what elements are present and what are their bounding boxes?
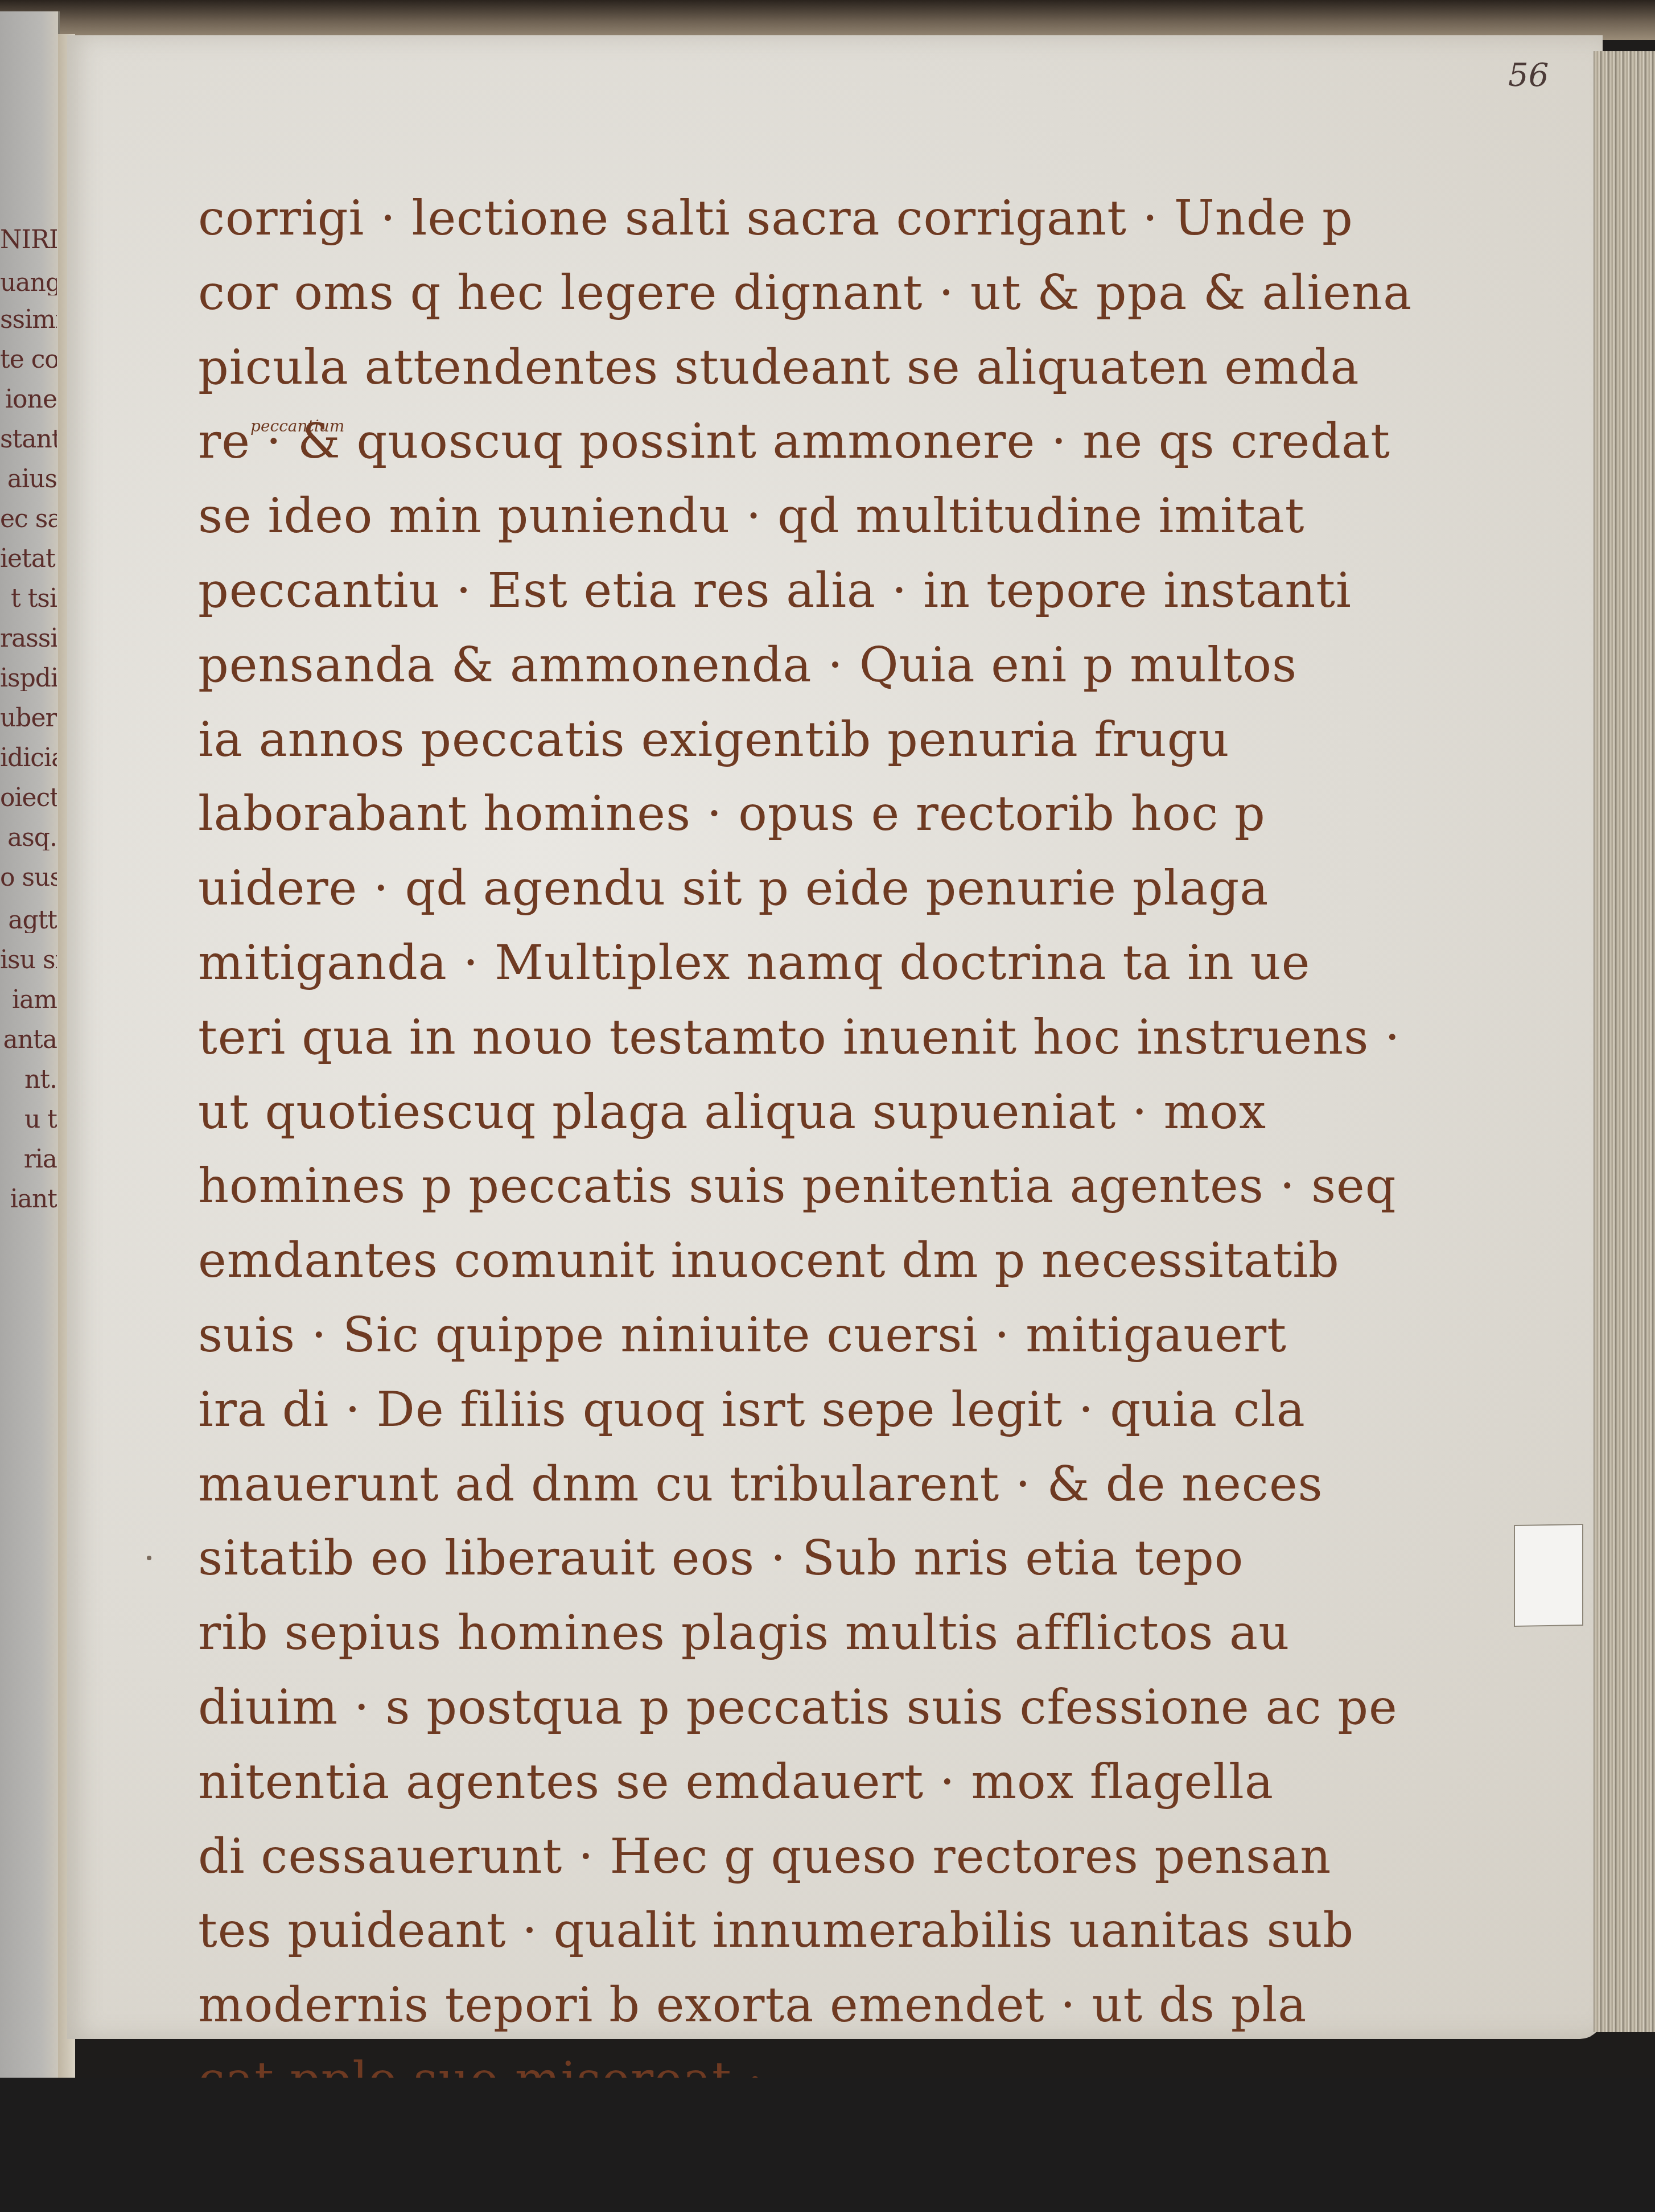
- text-line: homines p peccatis suis penitentia agent…: [198, 1149, 1331, 1223]
- left-margin-fragment: ubert: [0, 706, 57, 731]
- text-line: uidere · qd agendu sit p eide penurie pl…: [198, 851, 1331, 926]
- text-line: picula attendentes studeant se aliquaten…: [198, 330, 1331, 405]
- text-line: suis · Sic quippe niniuite cuersi · miti…: [198, 1298, 1331, 1372]
- left-margin-fragment: isu si: [0, 948, 57, 973]
- left-margin-fragment: ispdi: [0, 666, 57, 691]
- text-line: pensanda & ammonenda · Quia eni p multos: [198, 628, 1331, 702]
- left-margin-fragment: rassi: [0, 626, 57, 651]
- text-line: cor oms q hec legere dignant · ut & ppa …: [198, 256, 1331, 330]
- text-line: mitiganda · Multiplex namq doctrina ta i…: [198, 926, 1331, 1000]
- left-margin-fragment: ria: [0, 1147, 57, 1172]
- left-margin-fragment: aius: [0, 467, 57, 492]
- text-line: di cessauerunt · Hec g queso rectores pe…: [198, 1819, 1331, 1894]
- text-line: peccantiu · Est etia res alia · in tepor…: [198, 553, 1331, 628]
- text-line: tes puideant · qualit innumerabilis uani…: [198, 1893, 1331, 1968]
- text-line: ia annos peccatis exigentib penuria frug…: [198, 702, 1331, 777]
- text-line: re · & quoscuq possint ammonere · ne qs …: [198, 404, 1331, 479]
- left-margin-fragment: agtt: [0, 908, 57, 933]
- text-line: laborabant homines · opus e rectorib hoc…: [198, 776, 1331, 851]
- text-line: emdantes comunit inuocent dm p necessita…: [198, 1223, 1331, 1298]
- text-line: ira di · De filiis quoq isrt sepe legit …: [198, 1372, 1331, 1447]
- left-margin-fragment: o susq.: [0, 865, 57, 890]
- folio-number: 56: [1508, 57, 1549, 94]
- left-margin-fragment: NIRI: [0, 228, 57, 253]
- left-margin-fragment: anta: [0, 1027, 57, 1052]
- background-below-book: [0, 2078, 1655, 2212]
- text-line: mauerunt ad dnm cu tribularent · & de ne…: [198, 1447, 1331, 1522]
- left-margin-fragment: u t: [0, 1107, 57, 1132]
- left-margin-fragment: ssimis: [0, 307, 57, 332]
- left-margin-fragment: stantt: [0, 427, 57, 452]
- text-line: corrigi · lectione salti sacra corrigant…: [198, 181, 1331, 256]
- main-text-block: corrigi · lectione salti sacra corrigant…: [198, 181, 1331, 2117]
- text-line: ut quotiescuq plaga aliqua supueniat · m…: [198, 1075, 1331, 1149]
- text-line: se ideo min puniendu · qd multitudine im…: [198, 479, 1331, 553]
- left-margin-fragment: uangt: [0, 270, 57, 295]
- left-margin-fragment: iant: [0, 1187, 57, 1212]
- left-margin-fragment: iam: [0, 988, 57, 1013]
- left-margin-fragment: ione: [0, 387, 57, 412]
- left-margin-fragment: idicia: [0, 746, 57, 771]
- text-line: modernis tepori b exorta emendet · ut ds…: [198, 1968, 1331, 2042]
- left-margin-fragment: ietat.: [0, 546, 57, 571]
- book-binding-top: [0, 0, 1655, 40]
- paper-tab-marker: [1514, 1524, 1583, 1627]
- left-margin-fragment: te con: [0, 347, 57, 372]
- left-margin-fragment: ec sa: [0, 507, 57, 532]
- left-page-edge: NIRI uangt ssimis te con ione stantt aiu…: [0, 11, 60, 2118]
- text-line: diuim · s postqua p peccatis suis cfessi…: [198, 1670, 1331, 1745]
- text-line: rib sepius homines plagis multis afflict…: [198, 1596, 1331, 1670]
- text-line: nitentia agentes se emdauert · mox flage…: [198, 1745, 1331, 1819]
- text-line: sitatib eo liberauit eos · Sub nris etia…: [198, 1521, 1331, 1596]
- page-stack-edge: [1594, 51, 1655, 2032]
- left-margin-fragment: t tsi: [0, 586, 57, 611]
- left-margin-fragment: oiects: [0, 786, 57, 811]
- text-line: teri qua in nouo testamto inuenit hoc in…: [198, 1000, 1331, 1075]
- left-margin-fragment: asq.: [0, 825, 57, 850]
- margin-mark: [147, 1556, 151, 1560]
- left-margin-fragment: nt.: [0, 1067, 57, 1092]
